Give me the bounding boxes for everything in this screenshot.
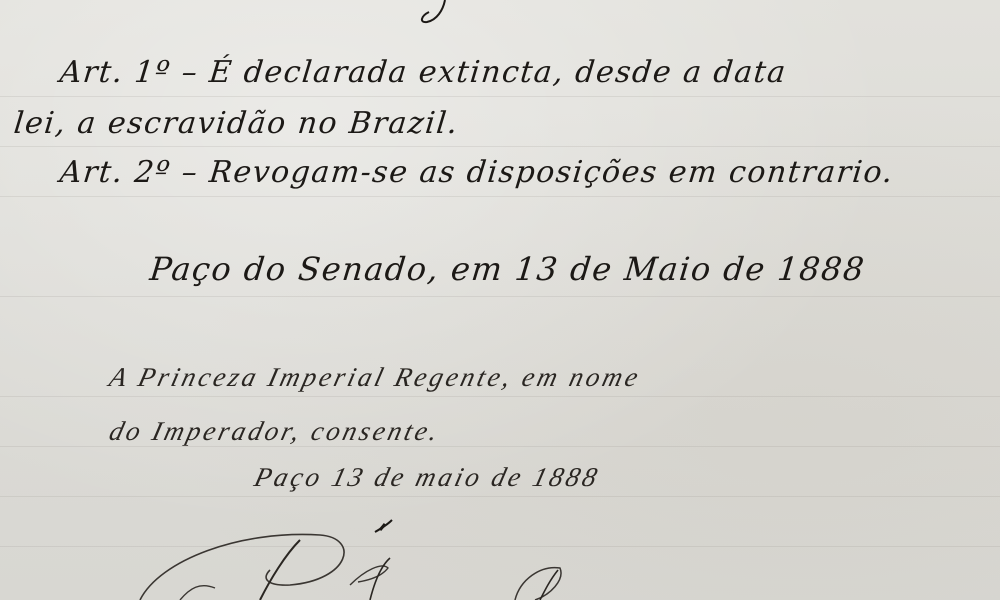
letter-descender-flourish [415, 0, 455, 28]
ruled-line [0, 496, 1000, 497]
ruled-line [0, 96, 1000, 97]
manuscript-page: Art. 1º – É declarada extincta, desde a … [0, 0, 1000, 600]
article-1-line-2: lei, a escravidão no Brazil. [12, 106, 460, 141]
sanction-line-1: A Princeza Imperial Regente, em nome [106, 362, 644, 393]
ruled-line [0, 296, 1000, 297]
article-1-line-1: Art. 1º – É declarada extincta, desde a … [58, 55, 788, 90]
ruled-line [0, 196, 1000, 197]
sanction-date-line: Paço 13 de maio de 1888 [251, 462, 603, 493]
sanction-line-2: do Imperador, consente. [106, 416, 444, 447]
article-2-line: Art. 2º – Revogam-se as disposições em c… [58, 155, 895, 190]
ruled-line [0, 396, 1000, 397]
signature-flourish [120, 510, 820, 600]
ruled-line [0, 146, 1000, 147]
place-date-line: Paço do Senado, em 13 de Maio de 1888 [148, 250, 867, 288]
